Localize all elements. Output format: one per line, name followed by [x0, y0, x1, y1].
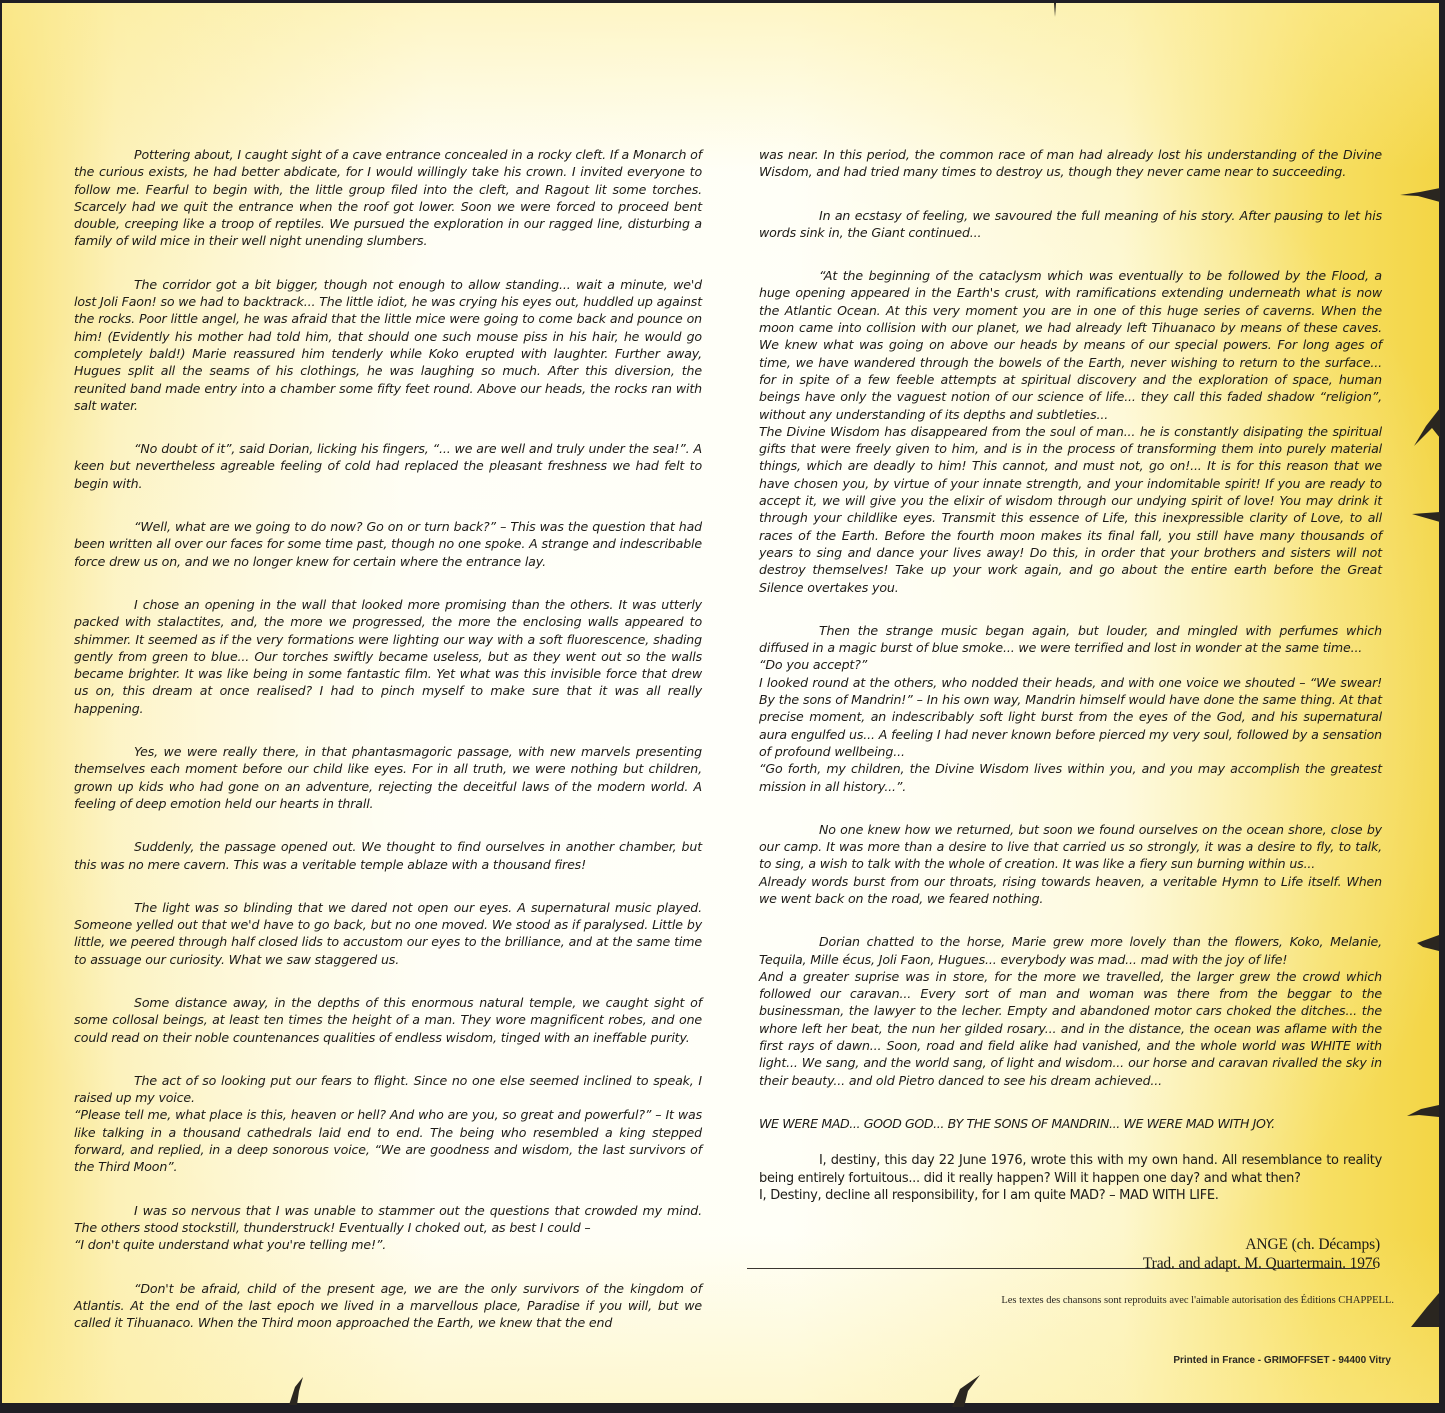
author-credit: ANGE (ch. Décamps) — [759, 1235, 1380, 1254]
edge-tear-icon — [1412, 408, 1442, 448]
story-paragraph: “Well, what are we going to do now? Go o… — [74, 518, 702, 570]
closing-exclamation: WE WERE MAD... GOOD GOD... BY THE SONS O… — [759, 1115, 1382, 1132]
edge-tear-icon — [1400, 186, 1440, 206]
story-continuation: was near. In this period, the common rac… — [759, 146, 1382, 181]
divider-rule — [747, 1268, 1375, 1269]
story-paragraph: In an ecstasy of feeling, we savoured th… — [759, 207, 1382, 242]
destiny-signoff: I, destiny, this day 22 June 1976, wrote… — [759, 1152, 1382, 1205]
story-paragraph: Some distance away, in the depths of thi… — [74, 994, 702, 1046]
story-paragraph: “Don't be afraid, child of the present a… — [74, 1280, 702, 1332]
printer-notice: Printed in France - GRIMOFFSET - 94400 V… — [1173, 1355, 1391, 1366]
right-column: was near. In this period, the common rac… — [759, 146, 1382, 1273]
story-paragraph: “No doubt of it”, said Dorian, licking h… — [74, 440, 702, 492]
edge-tear-icon — [952, 1375, 982, 1409]
left-column: Pottering about, I caught sight of a cav… — [74, 146, 702, 1357]
liner-notes-page: Pottering about, I caught sight of a cav… — [2, 3, 1439, 1403]
edge-tear-icon — [1407, 1103, 1441, 1119]
edge-tear-icon — [1417, 933, 1441, 953]
story-paragraph: The corridor got a bit bigger, though no… — [74, 276, 702, 414]
edge-tear-icon — [1407, 1291, 1441, 1331]
story-paragraph: Yes, we were really there, in that phant… — [74, 743, 702, 812]
story-paragraph: Suddenly, the passage opened out. We tho… — [74, 838, 702, 873]
translation-credit: Trad. and adapt. M. Quartermain. 1976 — [759, 1254, 1380, 1273]
story-paragraph: Dorian chatted to the horse, Marie grew … — [759, 933, 1382, 1089]
story-paragraph: No one knew how we returned, but soon we… — [759, 821, 1382, 907]
story-paragraph: I was so nervous that I was unable to st… — [74, 1202, 702, 1254]
story-paragraph: I chose an opening in the wall that look… — [74, 596, 702, 717]
story-paragraph: Then the strange music began again, but … — [759, 622, 1382, 795]
edge-tear-icon — [1412, 508, 1442, 524]
story-paragraph: The act of so looking put our fears to f… — [74, 1072, 702, 1176]
edge-tear-icon — [287, 1377, 307, 1407]
story-paragraph: “At the beginning of the cataclysm which… — [759, 267, 1382, 596]
story-paragraph: The light was so blinding that we dared … — [74, 899, 702, 968]
story-paragraph: Pottering about, I caught sight of a cav… — [74, 146, 702, 250]
permission-notice: Les textes des chansons sont reproduits … — [1001, 1295, 1394, 1306]
edge-tear-icon — [1052, 3, 1058, 19]
